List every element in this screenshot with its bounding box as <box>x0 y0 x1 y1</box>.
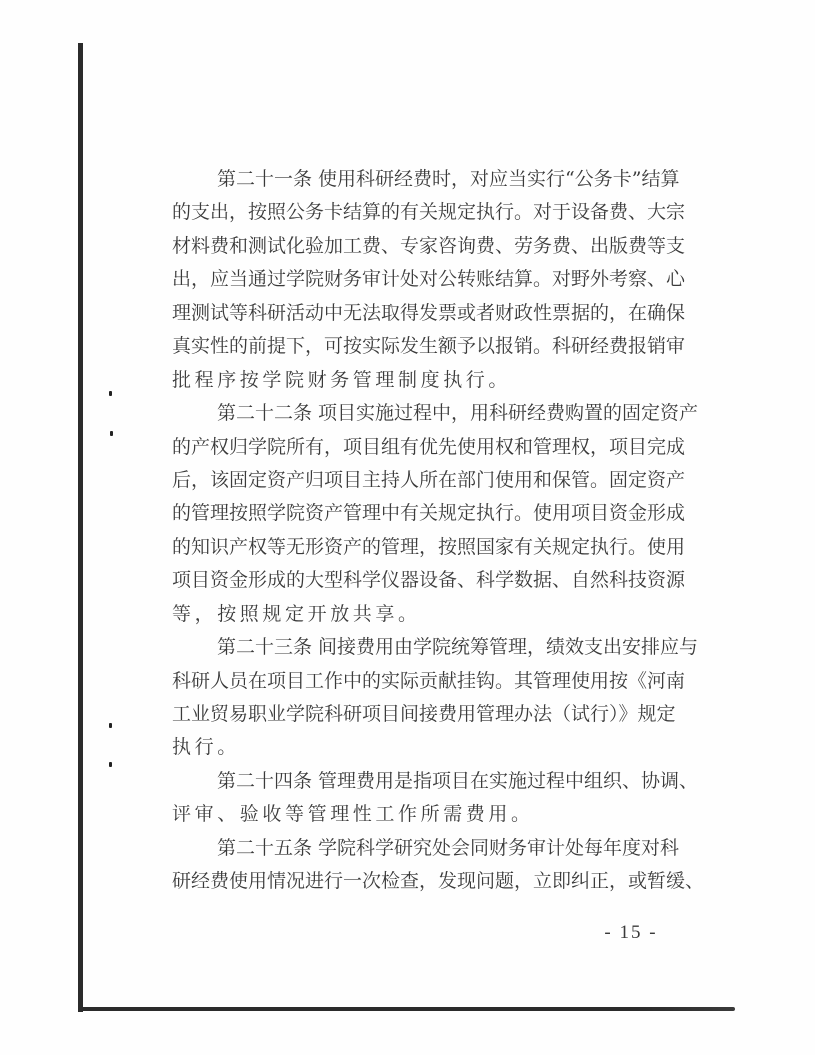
binding-hole-mark <box>109 723 112 728</box>
article-25: 第二十五条 学院科学研究处会同财务审计处每年度对科 研经费使用情况进行一次检查，… <box>172 832 654 899</box>
article-21: 第二十一条 使用科研经费时，对应当实行“公务卡”结算 的支出，按照公务卡结算的有… <box>172 163 654 397</box>
article-line: 第二十一条 使用科研经费时，对应当实行“公务卡”结算 <box>172 163 654 196</box>
article-line: 材料费和测试化验加工费、专家咨询费、劳务费、出版费等支 <box>172 230 654 263</box>
article-22: 第二十二条 项目实施过程中，用科研经费购置的固定资产 的产权归学院所有，项目组有… <box>172 397 654 631</box>
article-line: 的支出，按照公务卡结算的有关规定执行。对于设备费、大宗 <box>172 196 654 229</box>
article-24: 第二十四条 管理费用是指项目在实施过程中组织、协调、 评审、验收等管理性工作所需… <box>172 765 654 832</box>
binding-hole-mark <box>110 431 113 436</box>
article-line: 科研人员在项目工作中的实际贡献挂钩。其管理使用按《河南 <box>172 665 654 698</box>
article-line: 项目资金形成的大型科学仪器设备、科学数据、自然科技资源 <box>172 564 654 597</box>
article-line: 第二十五条 学院科学研究处会同财务审计处每年度对科 <box>172 832 654 865</box>
page-border-left <box>78 43 83 1012</box>
article-line: 批程序按学院财务管理制度执行。 <box>172 364 654 397</box>
article-line: 第二十三条 间接费用由学院统筹管理，绩效支出安排应与 <box>172 631 654 664</box>
page-border-bottom <box>78 1007 735 1011</box>
article-line: 研经费使用情况进行一次检查，发现问题，立即纠正，或暂缓、 <box>172 865 654 898</box>
article-line: 的产权归学院所有，项目组有优先使用权和管理权，项目完成 <box>172 431 654 464</box>
article-line: 执行。 <box>172 731 654 764</box>
article-line: 等，按照规定开放共享。 <box>172 598 654 631</box>
page-number: - 15 - <box>600 922 662 944</box>
article-line: 的知识产权等无形资产的管理，按照国家有关规定执行。使用 <box>172 531 654 564</box>
article-line: 后，该固定资产归项目主持人所在部门使用和保管。固定资产 <box>172 464 654 497</box>
article-line: 评审、验收等管理性工作所需费用。 <box>172 798 654 831</box>
article-line: 出，应当通过学院财务审计处对公转账结算。对野外考察、心 <box>172 263 654 296</box>
article-line: 第二十二条 项目实施过程中，用科研经费购置的固定资产 <box>172 397 654 430</box>
article-line: 真实性的前提下，可按实际发生额予以报销。科研经费报销审 <box>172 330 654 363</box>
document-body: 第二十一条 使用科研经费时，对应当实行“公务卡”结算 的支出，按照公务卡结算的有… <box>172 163 654 899</box>
article-line: 工业贸易职业学院科研项目间接费用管理办法（试行）》规定 <box>172 698 654 731</box>
article-23: 第二十三条 间接费用由学院统筹管理，绩效支出安排应与 科研人员在项目工作中的实际… <box>172 631 654 765</box>
article-line: 的管理按照学院资产管理中有关规定执行。使用项目资金形成 <box>172 497 654 530</box>
article-line: 第二十四条 管理费用是指项目在实施过程中组织、协调、 <box>172 765 654 798</box>
binding-hole-mark <box>109 762 112 767</box>
binding-hole-mark <box>109 391 112 396</box>
article-line: 理测试等科研活动中无法取得发票或者财政性票据的，在确保 <box>172 297 654 330</box>
